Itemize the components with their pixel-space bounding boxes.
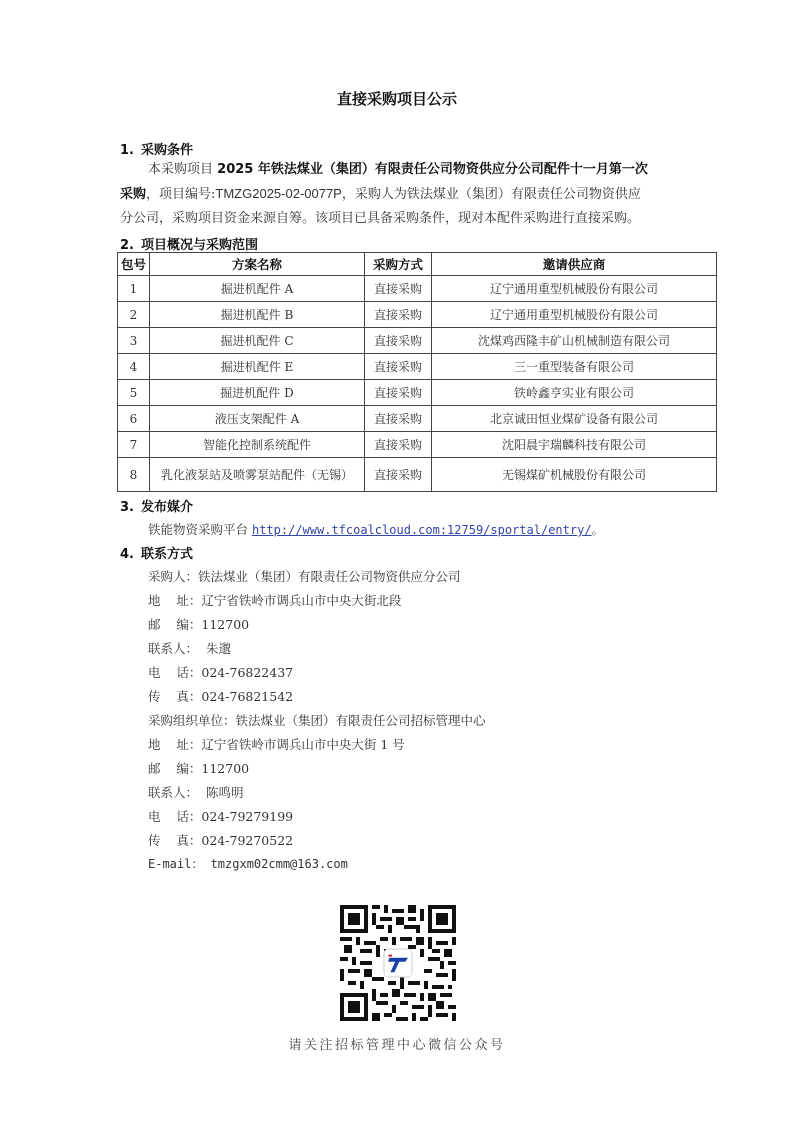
project-name-end: 采购 — [120, 187, 146, 202]
field-label: 地 址： — [148, 737, 201, 752]
cell-supplier: 沈煤鸡西隆丰矿山机械制造有限公司 — [432, 328, 717, 354]
para-lead: 本采购项目 — [148, 162, 213, 177]
cell-supplier: 北京诚田恒业煤矿设备有限公司 — [432, 406, 717, 432]
cell-method: 直接采购 — [365, 328, 432, 354]
cell-method: 直接采购 — [365, 302, 432, 328]
section-1-heading: 1.采购条件 — [120, 139, 193, 158]
cell-no: 5 — [118, 380, 150, 406]
cell-method: 直接采购 — [365, 432, 432, 458]
code-label: ，项目编号: — [146, 187, 215, 202]
qr-caption: 请关注招标管理中心微信公众号 — [0, 1034, 794, 1053]
cell-name: 掘进机配件 E — [150, 354, 365, 380]
organizer-name: 铁法煤业（集团）有限责任公司招标管理中心 — [236, 713, 486, 728]
cell-method: 直接采购 — [365, 380, 432, 406]
organizer-phone-line: 电 话：024-79279199 — [148, 807, 293, 825]
document-title: 直接采购项目公示 — [0, 88, 794, 109]
field-label: 地 址： — [148, 593, 201, 608]
field-label: 采购组织单位： — [148, 713, 236, 728]
para-line-3: 分公司，采购项目资金来源自筹。该项目已具备采购条件，现对本配件采购进行直接采购。 — [120, 207, 690, 231]
purchaser-name: 铁法煤业（集团）有限责任公司物资供应分公司 — [198, 569, 461, 584]
cell-supplier: 沈阳晨宇瑞麟科技有限公司 — [432, 432, 717, 458]
table-row: 8 乳化液泵站及喷雾泵站配件（无锡） 直接采购 无锡煤矿机械股份有限公司 — [118, 458, 717, 492]
section-number: 4. — [120, 547, 141, 562]
section-title: 采购条件 — [141, 143, 193, 158]
organizer-contact: 陈鸣明 — [198, 785, 243, 800]
cell-name: 掘进机配件 A — [150, 276, 365, 302]
cell-method: 直接采购 — [365, 354, 432, 380]
purchaser-postcode-line: 邮 编：112700 — [148, 615, 249, 633]
field-label: 邮 编： — [148, 761, 201, 776]
table-row: 1 掘进机配件 A 直接采购 辽宁通用重型机械股份有限公司 — [118, 276, 717, 302]
cell-name: 掘进机配件 C — [150, 328, 365, 354]
section-4-heading: 4.联系方式 — [120, 543, 193, 562]
cell-name: 乳化液泵站及喷雾泵站配件（无锡） — [150, 458, 365, 492]
cell-no: 4 — [118, 354, 150, 380]
cell-supplier: 铁岭鑫亨实业有限公司 — [432, 380, 717, 406]
cell-no: 6 — [118, 406, 150, 432]
field-label: 传 真： — [148, 833, 201, 848]
para-line-2: 采购，项目编号:TMZG2025-02-0077P，采购人为铁法煤业（集团）有限… — [120, 182, 690, 207]
field-label: 传 真： — [148, 689, 201, 704]
organizer-postcode: 112700 — [201, 761, 249, 776]
table-header-row: 包号 方案名称 采购方式 邀请供应商 — [118, 253, 717, 276]
section-3-heading: 3.发布媒介 — [120, 496, 193, 515]
cell-method: 直接采购 — [365, 458, 432, 492]
cell-method: 直接采购 — [365, 276, 432, 302]
cell-name: 液压支架配件 A — [150, 406, 365, 432]
purchaser-phone: 024-76822437 — [201, 665, 293, 680]
cell-supplier: 辽宁通用重型机械股份有限公司 — [432, 276, 717, 302]
organizer-address: 辽宁省铁岭市调兵山市中央大街 1 号 — [201, 737, 404, 752]
cell-supplier: 三一重型装备有限公司 — [432, 354, 717, 380]
col-header-plan-name: 方案名称 — [150, 253, 365, 276]
platform-label: 铁能物资采购平台 — [148, 522, 252, 537]
project-name: 2025 年铁法煤业（集团）有限责任公司物资供应分公司配件十一月第一次 — [217, 162, 648, 177]
publication-line: 铁能物资采购平台 http://www.tfcoalcloud.com:1275… — [148, 520, 604, 538]
organizer-postcode-line: 邮 编：112700 — [148, 759, 249, 777]
section-title: 发布媒介 — [141, 500, 193, 515]
table-row: 6 液压支架配件 A 直接采购 北京诚田恒业煤矿设备有限公司 — [118, 406, 717, 432]
purchaser-address: 辽宁省铁岭市调兵山市中央大街北段 — [201, 593, 401, 608]
platform-link[interactable]: http://www.tfcoalcloud.com:12759/sportal… — [252, 523, 592, 537]
para-line-1: 本采购项目 2025 年铁法煤业（集团）有限责任公司物资供应分公司配件十一月第一… — [120, 158, 690, 182]
field-label: 电 话： — [148, 809, 201, 824]
section-2-heading: 2.项目概况与采购范围 — [120, 234, 258, 253]
cell-name: 掘进机配件 B — [150, 302, 365, 328]
purchaser-contact: 朱邈 — [198, 641, 231, 656]
organizer-phone: 024-79279199 — [201, 809, 293, 824]
organizer-fax-line: 传 真：024-79270522 — [148, 831, 293, 849]
para-text: ，采购人为铁法煤业（集团）有限责任公司物资供应 — [342, 187, 641, 202]
field-label: 邮 编： — [148, 617, 201, 632]
purchaser-phone-line: 电 话：024-76822437 — [148, 663, 293, 681]
cell-no: 2 — [118, 302, 150, 328]
cell-no: 1 — [118, 276, 150, 302]
cell-no: 8 — [118, 458, 150, 492]
col-header-package-no: 包号 — [118, 253, 150, 276]
cell-name: 智能化控制系统配件 — [150, 432, 365, 458]
section-number: 3. — [120, 500, 141, 515]
section-number: 2. — [120, 238, 141, 253]
purchaser-line: 采购人：铁法煤业（集团）有限责任公司物资供应分公司 — [148, 567, 461, 585]
table-row: 2 掘进机配件 B 直接采购 辽宁通用重型机械股份有限公司 — [118, 302, 717, 328]
cell-name: 掘进机配件 D — [150, 380, 365, 406]
field-label: 采购人： — [148, 569, 198, 584]
organizer-fax: 024-79270522 — [201, 833, 293, 848]
table-row: 4 掘进机配件 E 直接采购 三一重型装备有限公司 — [118, 354, 717, 380]
table-row: 5 掘进机配件 D 直接采购 铁岭鑫亨实业有限公司 — [118, 380, 717, 406]
purchaser-fax: 024-76821542 — [201, 689, 293, 704]
procurement-table: 包号 方案名称 采购方式 邀请供应商 1 掘进机配件 A 直接采购 辽宁通用重型… — [117, 252, 717, 492]
table-row: 3 掘进机配件 C 直接采购 沈煤鸡西隆丰矿山机械制造有限公司 — [118, 328, 717, 354]
section-number: 1. — [120, 143, 141, 158]
purchaser-postcode: 112700 — [201, 617, 249, 632]
project-code: TMZG2025-02-0077P — [215, 186, 341, 201]
field-label: 电 话： — [148, 665, 201, 680]
section-title: 项目概况与采购范围 — [141, 238, 258, 253]
purchaser-fax-line: 传 真：024-76821542 — [148, 687, 293, 705]
organizer-email-line: E-mail： tmzgxm02cmm@163.com — [148, 855, 348, 872]
field-label: E-mail： — [148, 857, 203, 871]
col-header-supplier: 邀请供应商 — [432, 253, 717, 276]
col-header-method: 采购方式 — [365, 253, 432, 276]
punctuation: 。 — [592, 522, 605, 537]
purchaser-address-line: 地 址：辽宁省铁岭市调兵山市中央大街北段 — [148, 591, 401, 609]
cell-supplier: 辽宁通用重型机械股份有限公司 — [432, 302, 717, 328]
cell-supplier: 无锡煤矿机械股份有限公司 — [432, 458, 717, 492]
organizer-line: 采购组织单位：铁法煤业（集团）有限责任公司招标管理中心 — [148, 711, 486, 729]
section-title: 联系方式 — [141, 547, 193, 562]
cell-no: 7 — [118, 432, 150, 458]
cell-method: 直接采购 — [365, 406, 432, 432]
organizer-address-line: 地 址：辽宁省铁岭市调兵山市中央大街 1 号 — [148, 735, 405, 753]
wechat-qr-code-icon — [340, 905, 456, 1021]
field-label: 联系人： — [148, 641, 198, 656]
cell-no: 3 — [118, 328, 150, 354]
section-1-paragraph: 本采购项目 2025 年铁法煤业（集团）有限责任公司物资供应分公司配件十一月第一… — [120, 158, 690, 231]
field-label: 联系人： — [148, 785, 198, 800]
organizer-email[interactable]: tmzgxm02cmm@163.com — [203, 857, 348, 871]
organizer-contact-line: 联系人： 陈鸣明 — [148, 783, 243, 801]
table-row: 7 智能化控制系统配件 直接采购 沈阳晨宇瑞麟科技有限公司 — [118, 432, 717, 458]
purchaser-contact-line: 联系人： 朱邈 — [148, 639, 231, 657]
